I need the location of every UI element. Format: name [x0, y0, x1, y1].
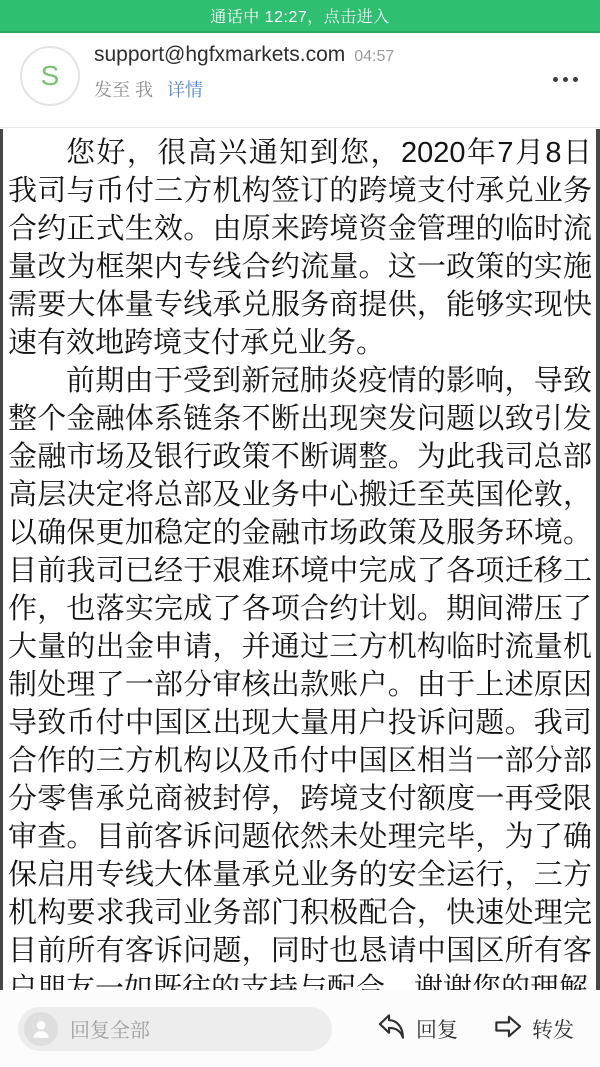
reply-button[interactable]: 回复: [376, 1011, 458, 1047]
more-dots-icon[interactable]: [549, 73, 582, 86]
letter-paragraph-1: 您好，很高兴通知到您，2020年7月8日我司与币付三方机构签订的跨境支付承兑业务…: [8, 134, 592, 362]
forward-button[interactable]: 转发: [492, 1011, 574, 1047]
forward-arrow-icon: [492, 1011, 523, 1047]
recipient-label: 发至 我: [94, 76, 153, 102]
call-banner-text: 通话中 12:27，点击进入: [210, 4, 390, 27]
reply-arrow-icon: [376, 1011, 407, 1047]
letter-text: 您好，很高兴通知到您，2020年7月8日我司与币付三方机构签订的跨境支付承兑业务…: [8, 134, 592, 990]
reply-label: 回复: [416, 1014, 458, 1044]
sender-avatar[interactable]: S: [20, 46, 80, 106]
header-text-block: support@hgfxmarkets.com 04:57 发至 我 详情: [94, 43, 534, 102]
avatar-letter: S: [41, 60, 60, 92]
sender-address: support@hgfxmarkets.com: [94, 43, 345, 67]
reply-all-placeholder: 回复全部: [70, 1014, 150, 1043]
mail-body[interactable]: 您好，很高兴通知到您，2020年7月8日我司与币付三方机构签订的跨境支付承兑业务…: [0, 129, 600, 990]
reply-all-input[interactable]: 回复全部: [18, 1007, 332, 1051]
body-right-edge: [596, 129, 600, 990]
body-left-edge: [0, 129, 3, 990]
action-buttons: 回复 转发: [376, 1011, 574, 1047]
letter-paragraph-2: 前期由于受到新冠肺炎疫情的影响，导致整个金融体系链条不断出现突发问题以致引发金融…: [8, 362, 592, 990]
action-bar: 回复全部 回复 转发: [0, 990, 600, 1067]
forward-label: 转发: [532, 1014, 574, 1044]
person-icon: [24, 1012, 58, 1046]
mail-header: S support@hgfxmarkets.com 04:57 发至 我 详情: [0, 35, 600, 128]
email-app-screen: 通话中 12:27，点击进入 S support@hgfxmarkets.com…: [0, 0, 600, 1067]
details-link[interactable]: 详情: [167, 76, 203, 102]
received-time: 04:57: [354, 48, 394, 66]
active-call-banner[interactable]: 通话中 12:27，点击进入: [0, 0, 600, 33]
